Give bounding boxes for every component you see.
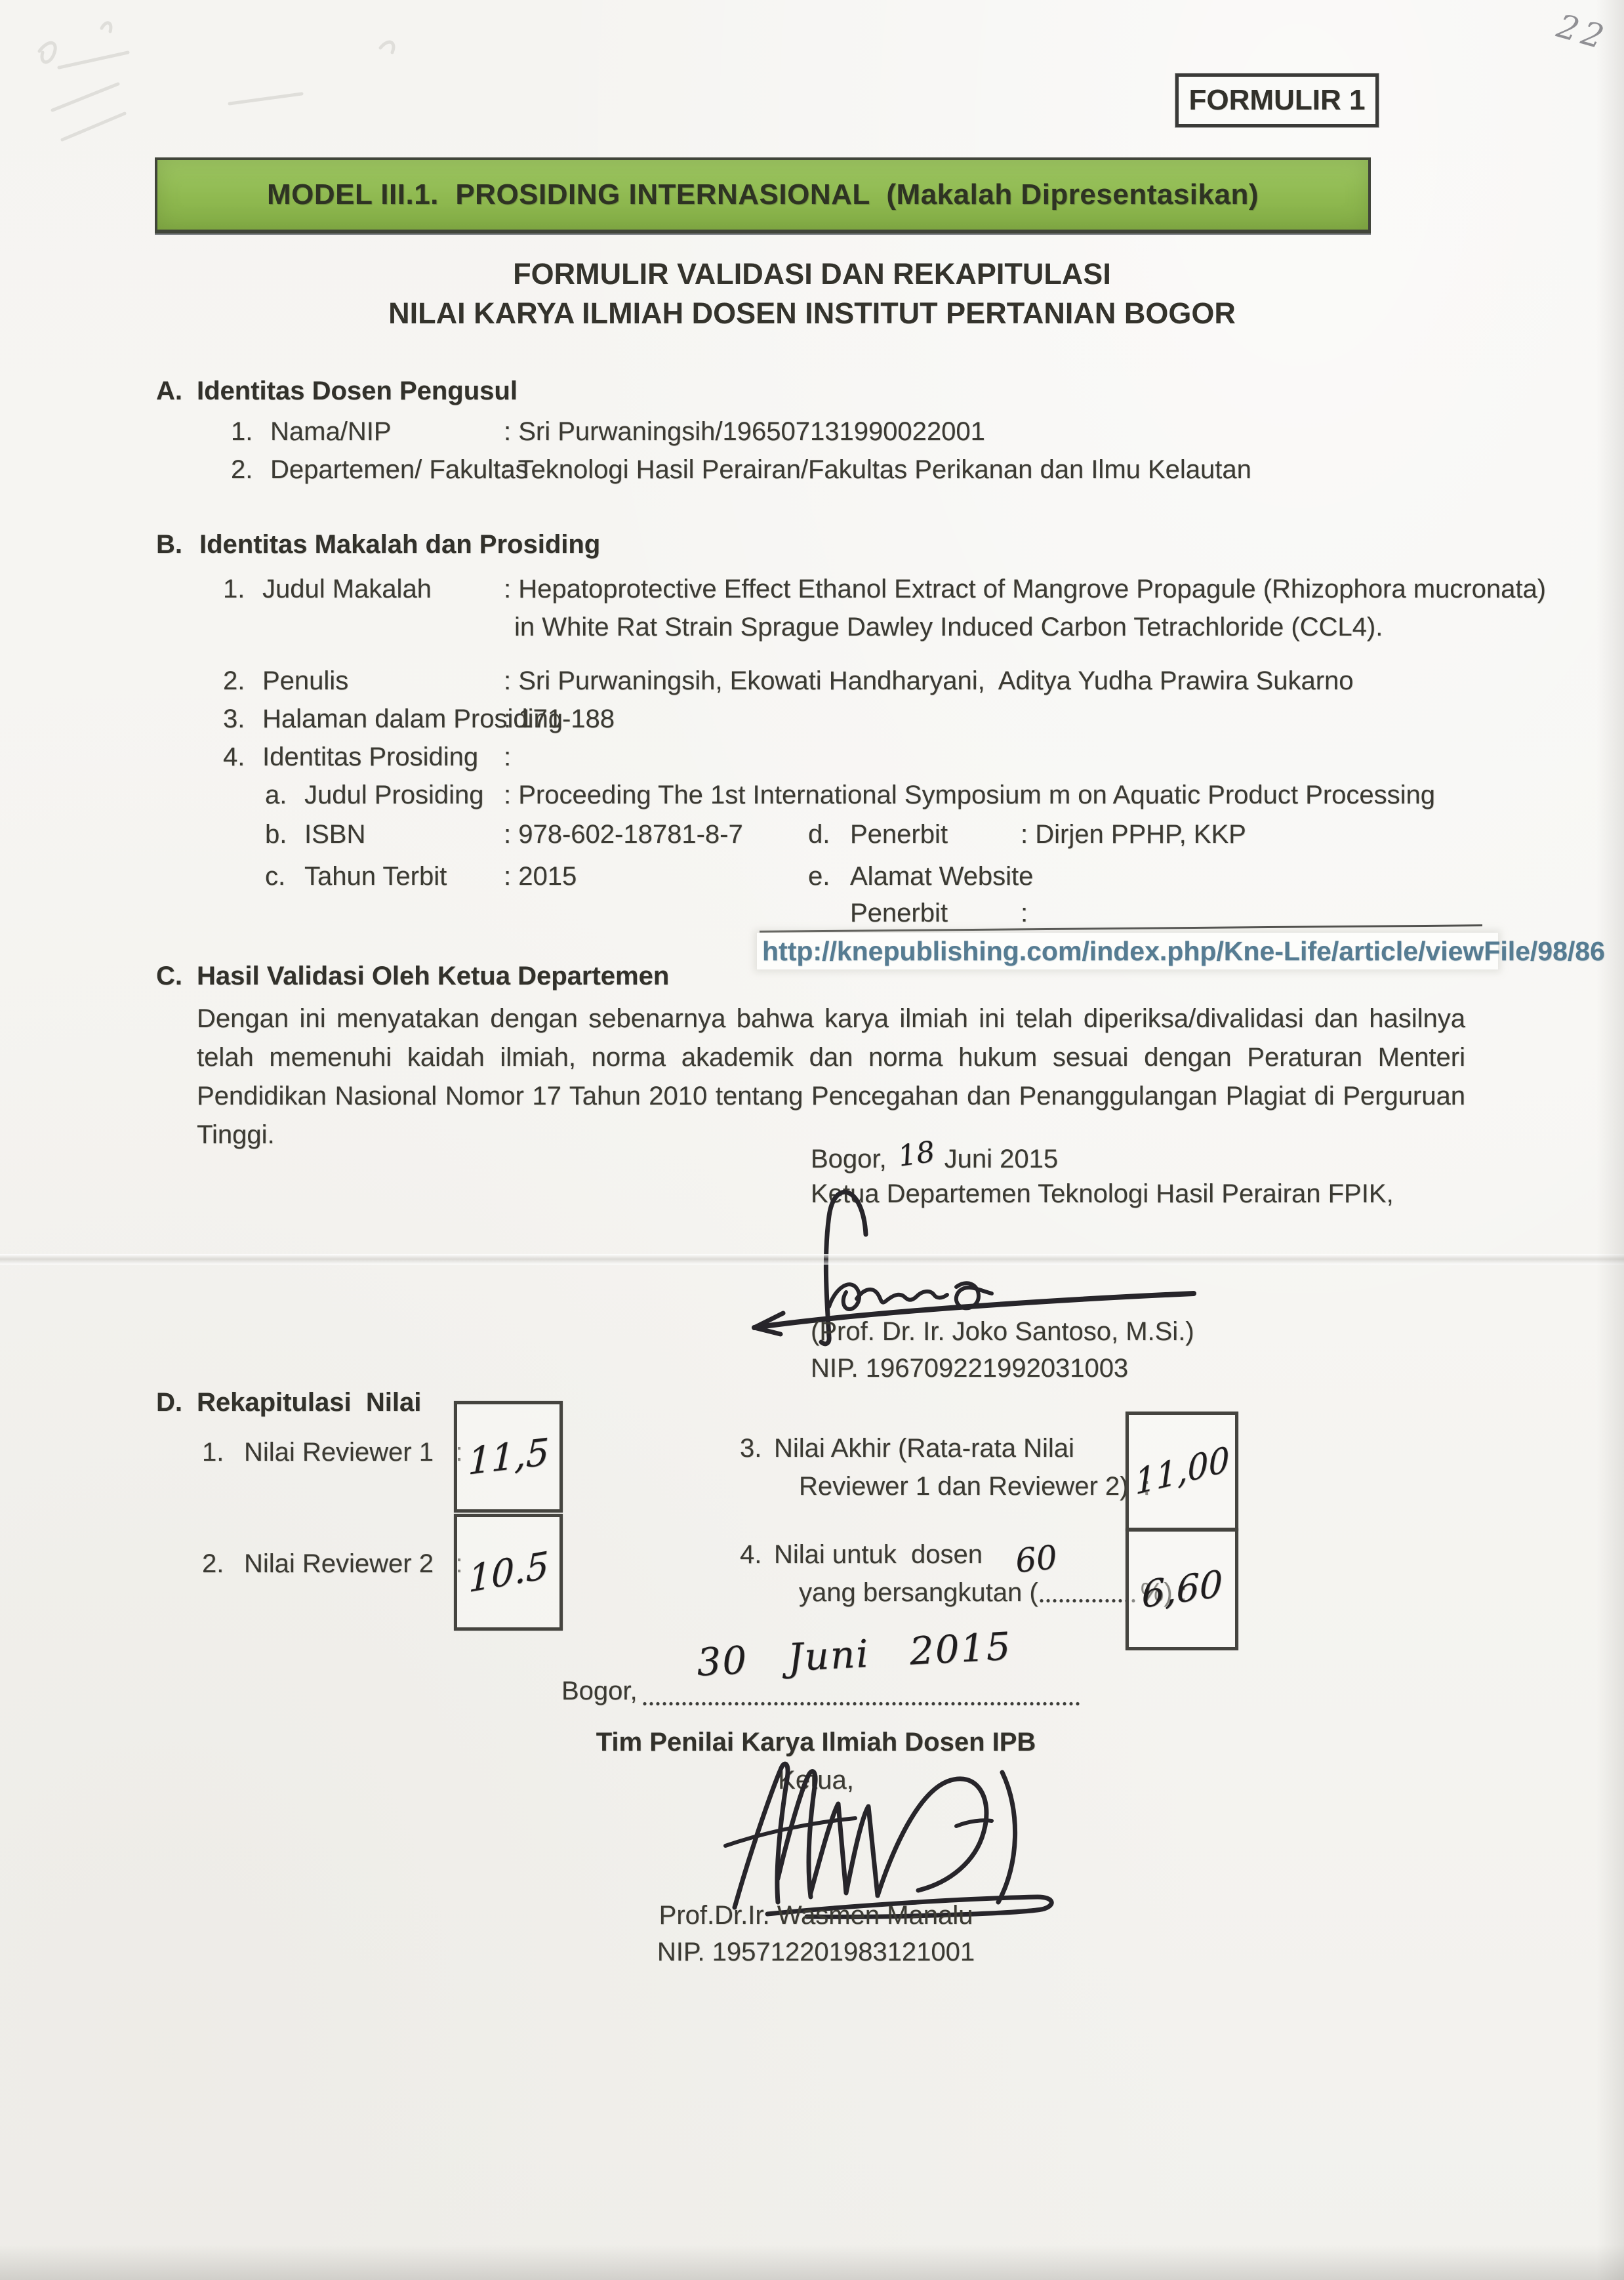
scan-shadow-right	[1596, 0, 1624, 2280]
field-number: 3.	[223, 704, 245, 734]
nilai-reviewer-2-label: Nilai Reviewer 2 :	[244, 1549, 462, 1579]
field-value-tahun-terbit: : 2015	[504, 862, 577, 891]
footer-signer-name: Prof.Dr.Ir. Wasmen Manalu	[495, 1901, 1137, 1930]
nilai-akhir-value: 11,00	[1134, 1439, 1230, 1503]
field-value-halaman: : 171-188	[504, 704, 615, 734]
validation-date-line: Bogor, 18 Juni 2015	[811, 1141, 1058, 1175]
section-c-title: Hasil Validasi Oleh Ketua Departemen	[197, 962, 669, 990]
field-label-nama-nip: Nama/NIP	[270, 417, 392, 447]
formulir-badge-label: FORMULIR 1	[1189, 84, 1366, 116]
field-value-judul-makalah: : Hepatoprotective Effect Ethanol Extrac…	[504, 575, 1546, 604]
field-letter: a.	[265, 781, 287, 810]
nilai-dosen-value: 6,60	[1141, 1562, 1222, 1617]
pencil-scribble	[13, 5, 420, 150]
handwritten-footer-date: 30 Juni 2015	[696, 1623, 1013, 1684]
field-label-departemen: Departemen/ Fakultas	[270, 455, 529, 485]
percent-dotted-blank	[1038, 1584, 1135, 1604]
section-d-heading: D.Rekapitulasi Nilai	[156, 1388, 421, 1417]
nilai-dosen-label-line1: Nilai untuk dosen	[774, 1540, 983, 1570]
footer-signer-nip: NIP. 195712201983121001	[495, 1938, 1137, 1967]
section-d-letter: D.	[156, 1388, 182, 1417]
field-value-nama-nip: : Sri Purwaningsih/196507131990022001	[504, 417, 985, 447]
field-label-judul-makalah: Judul Makalah	[262, 575, 432, 604]
field-label-alamat-website-line2: Penerbit	[850, 899, 948, 928]
place-label: Bogor,	[811, 1145, 887, 1174]
field-value-departemen: : Teknologi Hasil Perairan/Fakultas Peri…	[504, 455, 1251, 485]
nilai-dosen-prefix: yang bersangkutan (	[799, 1578, 1038, 1607]
handwritten-day: 18	[896, 1135, 937, 1173]
field-letter: b.	[265, 820, 287, 849]
section-a-heading: A.Identitas Dosen Pengusul	[156, 377, 518, 406]
section-a-letter: A.	[156, 377, 182, 405]
model-banner-label: MODEL III.1. PROSIDING INTERNASIONAL (Ma…	[267, 178, 1259, 211]
nilai-reviewer-1-label: Nilai Reviewer 1 :	[244, 1438, 462, 1467]
field-label-identitas-prosiding: Identitas Prosiding	[262, 743, 478, 772]
field-value-judul-makalah-line2: in White Rat Strain Sprague Dawley Induc…	[514, 613, 1383, 642]
field-letter: d.	[808, 820, 830, 849]
handwritten-percent: 60	[1013, 1538, 1059, 1580]
field-label-isbn: ISBN	[304, 820, 365, 849]
field-number: 2.	[231, 455, 253, 485]
field-number: 4.	[223, 743, 245, 772]
field-number: 2.	[202, 1549, 224, 1579]
field-colon: :	[1021, 899, 1028, 928]
nilai-reviewer-2-box: 10.5	[454, 1514, 563, 1631]
section-b-title: Identitas Makalah dan Prosiding	[199, 530, 600, 559]
paper-crease	[0, 1254, 1624, 1265]
footer-date-dotted-line	[641, 1700, 1082, 1707]
nilai-dosen-box: 6,60	[1126, 1528, 1238, 1650]
website-url-label: http://knepublishing.com/index.php/Kne-L…	[757, 933, 1498, 969]
field-label-penulis: Penulis	[262, 666, 348, 696]
nilai-akhir-label-line1: Nilai Akhir (Rata-rata Nilai	[774, 1434, 1074, 1463]
nilai-reviewer-1-box: 11,5	[454, 1401, 563, 1513]
nilai-reviewer-2-value: 10.5	[468, 1543, 549, 1601]
field-letter: e.	[808, 862, 830, 891]
field-number: 1.	[202, 1438, 224, 1467]
field-letter: c.	[265, 862, 285, 891]
validation-statement: Dengan ini menyatakan dengan sebenarnya …	[197, 1000, 1465, 1154]
form-title-line1: FORMULIR VALIDASI DAN REKAPITULASI	[0, 257, 1624, 291]
section-d-title: Rekapitulasi Nilai	[197, 1388, 421, 1417]
date-rest: Juni 2015	[944, 1145, 1058, 1174]
field-number: 1.	[231, 417, 253, 447]
field-label-tahun-terbit: Tahun Terbit	[304, 862, 447, 891]
field-number: 3.	[740, 1434, 761, 1463]
field-number: 4.	[740, 1540, 761, 1570]
form-title-line2: NILAI KARYA ILMIAH DOSEN INSTITUT PERTAN…	[0, 296, 1624, 331]
field-number: 2.	[223, 666, 245, 696]
field-value-penulis: : Sri Purwaningsih, Ekowati Handharyani,…	[504, 666, 1354, 696]
field-value-judul-prosiding: : Proceeding The 1st International Sympo…	[504, 781, 1435, 810]
section-b-letter: B.	[156, 530, 182, 559]
field-value-identitas-prosiding: :	[504, 743, 511, 772]
section-c-heading: C.Hasil Validasi Oleh Ketua Departemen	[156, 962, 669, 991]
field-label-judul-prosiding: Judul Prosiding	[304, 781, 484, 810]
nilai-reviewer-1-value: 11,5	[468, 1431, 550, 1484]
signer-nip: NIP. 196709221992031003	[811, 1354, 1128, 1383]
signer-name: (Prof. Dr. Ir. Joko Santoso, M.Si.)	[811, 1317, 1194, 1347]
section-b-heading: B.Identitas Makalah dan Prosiding	[156, 530, 600, 560]
nilai-akhir-box: 11,00	[1126, 1412, 1238, 1531]
model-banner: MODEL III.1. PROSIDING INTERNASIONAL (Ma…	[155, 157, 1371, 234]
formulir-badge: FORMULIR 1	[1175, 73, 1379, 127]
website-url: http://knepublishing.com/index.php/Kne-L…	[762, 936, 1605, 967]
field-label-alamat-website: Alamat Website	[850, 862, 1033, 891]
section-c-letter: C.	[156, 962, 182, 990]
nilai-akhir-label-line2: Reviewer 1 dan Reviewer 2) :	[799, 1472, 1150, 1501]
field-value-penerbit: : Dirjen PPHP, KKP	[1021, 820, 1246, 849]
field-value-isbn: : 978-602-18781-8-7	[504, 820, 743, 849]
section-a-title: Identitas Dosen Pengusul	[197, 377, 518, 405]
footer-place-label: Bogor,	[561, 1677, 638, 1706]
scanned-form-page: 22 FORMULIR 1 MODEL III.1. PROSIDING INT…	[0, 0, 1624, 2280]
scan-shadow-bottom	[0, 2245, 1624, 2280]
field-label-penerbit: Penerbit	[850, 820, 948, 849]
field-number: 1.	[223, 575, 245, 604]
